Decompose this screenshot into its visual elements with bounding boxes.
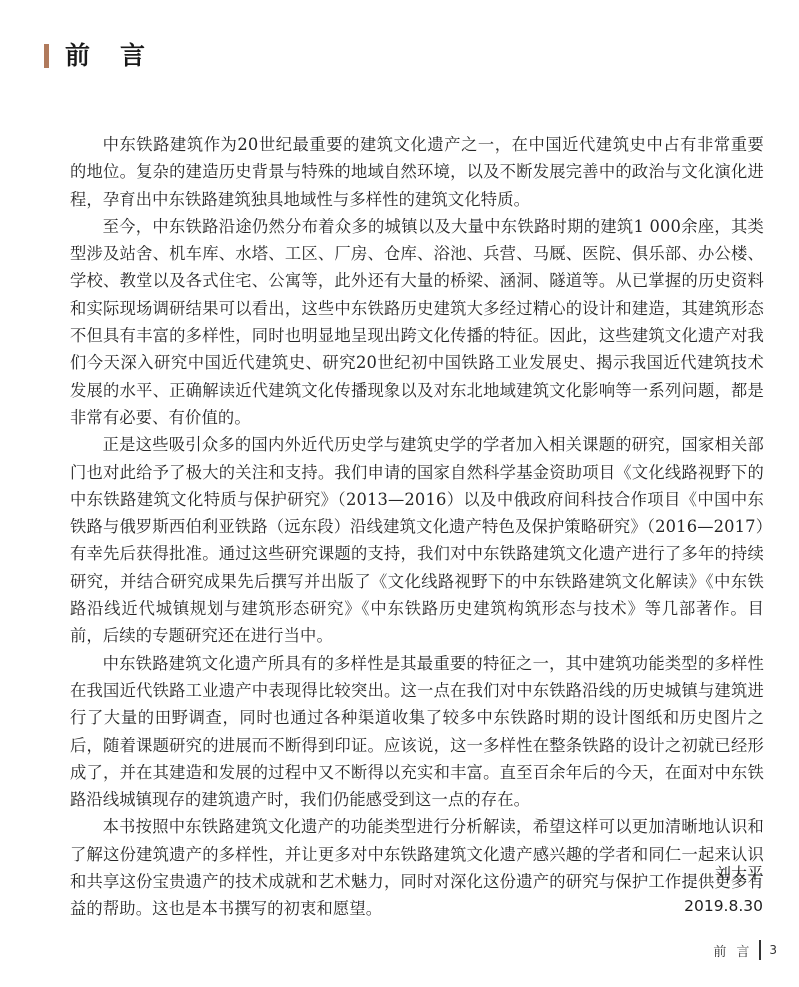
paragraph: 本书按照中东铁路建筑文化遗产的功能类型进行分析解读，希望这样可以更加清晰地认识和…: [70, 813, 764, 922]
paragraph: 中东铁路建筑文化遗产所具有的多样性是其最重要的特征之一，其中建筑功能类型的多样性…: [70, 650, 764, 814]
page-number: 3: [769, 943, 777, 957]
footer-divider: [759, 940, 761, 960]
preface-body: 中东铁路建筑作为20世纪最重要的建筑文化遗产之一，在中国近代建筑史中占有非常重要…: [70, 131, 764, 923]
paragraph: 至今，中东铁路沿途仍然分布着众多的城镇以及大量中东铁路时期的建筑1 000余座，…: [70, 213, 764, 431]
title-accent-bar: [44, 44, 49, 68]
page-footer: 前言 3: [713, 940, 777, 960]
page-title: 前言: [65, 42, 175, 70]
paragraph: 正是这些吸引众多的国内外近代历史学与建筑史学的学者加入相关课题的研究，国家相关部…: [70, 431, 764, 649]
signature-date: 2019.8.30: [684, 895, 763, 917]
paragraph: 中东铁路建筑作为20世纪最重要的建筑文化遗产之一，在中国近代建筑史中占有非常重要…: [70, 131, 764, 213]
author-name: 刘大平: [684, 862, 763, 886]
signature-block: 刘大平 2019.8.30: [684, 862, 763, 917]
page-header: 前言: [44, 42, 175, 70]
running-head: 前言: [713, 941, 759, 960]
